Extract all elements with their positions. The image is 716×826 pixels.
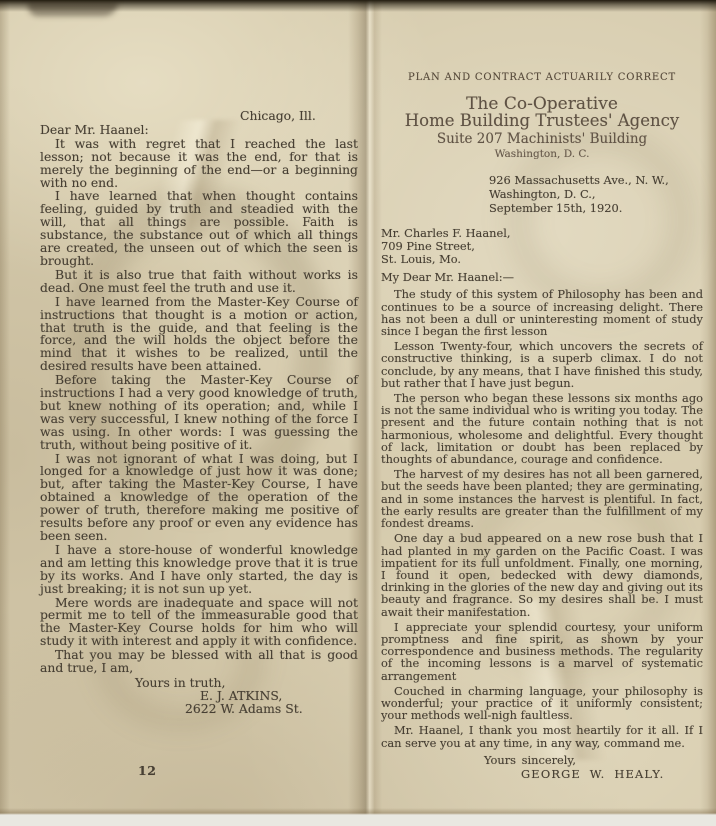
letter-dateline: Chicago, Ill. xyxy=(240,110,358,123)
letter-closing-block: Yours in truth, E. J. ATKINS, 2622 W. Ad… xyxy=(40,677,358,716)
letter-body: The study of this system of Philosophy h… xyxy=(381,288,703,748)
sender-address-line: Washington, D. C., xyxy=(489,188,703,200)
paragraph: Lesson Twenty-four, which uncovers the s… xyxy=(381,340,703,389)
page-number: 12 xyxy=(138,763,156,778)
paragraph: I was not ignorant of what I was doing, … xyxy=(40,453,358,543)
paragraph: I appreciate your splendid courtesy, you… xyxy=(381,621,703,682)
paragraph: The study of this system of Philosophy h… xyxy=(381,288,703,337)
paragraph: Mr. Haanel, I thank you most heartily fo… xyxy=(381,724,703,748)
torn-edge xyxy=(28,2,118,16)
paragraph: I have learned from the Master-Key Cours… xyxy=(40,296,358,373)
sender-address-line: 926 Massachusetts Ave., N. W., xyxy=(489,174,703,186)
recipient-address-block: Mr. Charles F. Haanel, 709 Pine Street, … xyxy=(381,227,703,266)
recipient-line: 709 Pine Street, xyxy=(381,240,703,252)
paragraph: I have learned that when thought contain… xyxy=(40,190,358,267)
left-page-letter: Chicago, Ill. Dear Mr. Haanel: It was wi… xyxy=(40,110,358,716)
sender-address-block: 926 Massachusetts Ave., N. W., Washingto… xyxy=(489,174,703,215)
paragraph: The harvest of my desires has not all be… xyxy=(381,468,703,529)
scanned-booklet-spread: Chicago, Ill. Dear Mr. Haanel: It was wi… xyxy=(0,0,716,826)
letterhead-tagline: PLAN AND CONTRACT ACTUARILY CORRECT xyxy=(381,72,703,84)
closing-phrase: Yours sincerely, xyxy=(484,754,703,766)
recipient-line: Mr. Charles F. Haanel, xyxy=(381,227,703,239)
paragraph: The person who began these lessons six m… xyxy=(381,392,703,465)
photo-edge-bottom xyxy=(0,808,716,826)
letter-body: It was with regret that I reached the la… xyxy=(40,138,358,675)
paragraph: I have a store-house of wonderful knowle… xyxy=(40,544,358,596)
signature-address: 2622 W. Adams St. xyxy=(185,703,358,716)
signature-name: GEORGE W. HEALY. xyxy=(521,768,703,780)
sender-address-line: September 15th, 1920. xyxy=(489,202,703,214)
paragraph: Mere words are inadequate and space will… xyxy=(40,597,358,649)
paragraph: It was with regret that I reached the la… xyxy=(40,138,358,190)
letterhead-org-line2: Home Building Trustees' Agency xyxy=(381,115,703,127)
right-page-letter: PLAN AND CONTRACT ACTUARILY CORRECT The … xyxy=(381,72,703,780)
letterhead-org-city: Washington, D. C. xyxy=(381,148,703,160)
paragraph: But it is also true that faith without w… xyxy=(40,269,358,295)
page-edge-left xyxy=(0,0,10,826)
letter-salutation: Dear Mr. Haanel: xyxy=(40,124,358,137)
letter-closing-block: Yours sincerely, GEORGE W. HEALY. xyxy=(381,754,703,780)
recipient-line: St. Louis, Mo. xyxy=(381,253,703,265)
paragraph: One day a bud appeared on a new rose bus… xyxy=(381,532,703,617)
letterhead-org-suite: Suite 207 Machinists' Building xyxy=(381,133,703,145)
letter-salutation: My Dear Mr. Haanel:— xyxy=(381,271,703,283)
paragraph: Couched in charming language, your philo… xyxy=(381,685,703,722)
paragraph: Before taking the Master-Key Course of i… xyxy=(40,374,358,451)
letterhead-org-line1: The Co-Operative xyxy=(381,98,703,110)
paragraph: That you may be blessed with all that is… xyxy=(40,649,358,675)
